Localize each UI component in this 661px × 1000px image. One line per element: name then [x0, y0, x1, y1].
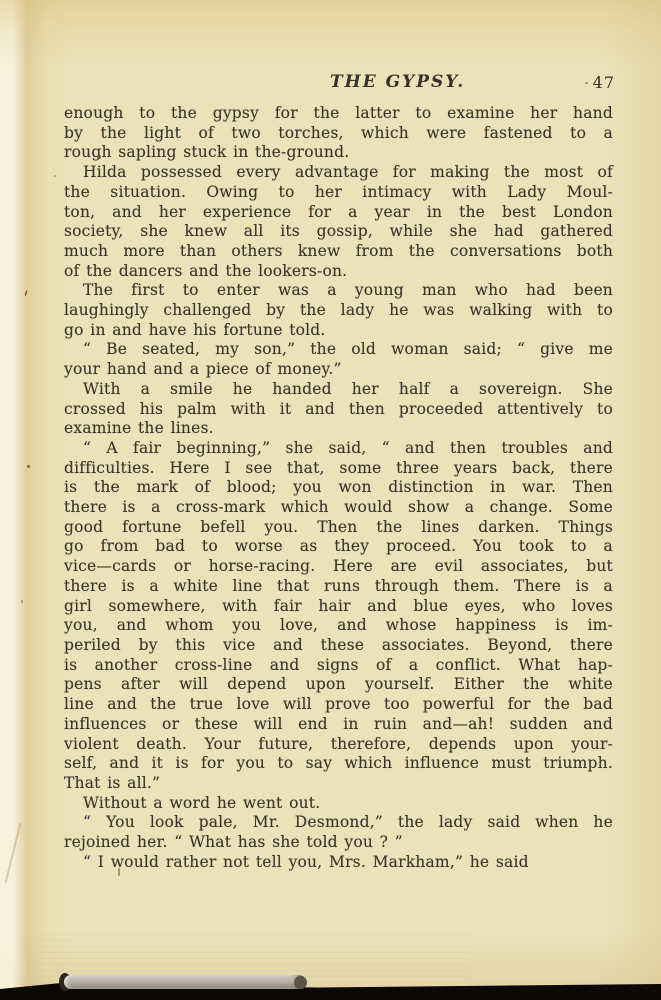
text-line: crossed his palm with it and then procee…: [64, 400, 613, 420]
book-page: THE GYPSY. 47 enough to the gypsy for th…: [0, 0, 661, 1000]
text-line: your hand and a piece of money.”: [64, 360, 613, 380]
text-line: go in and have his fortune told.: [64, 321, 613, 341]
text-line: vice—cards or horse-racing. Here are evi…: [64, 557, 613, 577]
paper-speck: [54, 175, 56, 177]
paper-speck: [24, 290, 28, 296]
paper-speck: [21, 600, 23, 603]
paper-speck: [97, 155, 101, 159]
running-head: THE GYPSY. 47: [0, 72, 661, 94]
text-line: much more than others knew from the conv…: [64, 242, 613, 262]
page-edge-tip: [294, 976, 307, 989]
page-number: 47: [593, 73, 615, 92]
text-line: self, and it is for you to say which inf…: [64, 754, 613, 774]
text-line: “ A fair beginning,” she said, “ and the…: [64, 439, 613, 459]
text-line: is another cross-line and signs of a con…: [64, 656, 613, 676]
text-line: difficulties. Here I see that, some thre…: [64, 459, 613, 479]
text-line: The first to enter was a young man who h…: [64, 281, 613, 301]
paper-speck: [27, 465, 30, 468]
page-title: THE GYPSY.: [330, 72, 465, 92]
text-line: go from bad to worse as they proceed. Yo…: [64, 537, 613, 557]
text-line: “ You look pale, Mr. Desmond,” the lady …: [64, 813, 613, 833]
paper-speck: [118, 868, 120, 876]
text-line: rejoined her. “ What has she told you ? …: [64, 833, 613, 853]
text-line: Without a word he went out.: [64, 794, 613, 814]
page-crease: [5, 823, 22, 884]
text-line: pens after will depend upon yourself. Ei…: [64, 675, 613, 695]
text-line: of the dancers and the lookers-on.: [64, 262, 613, 282]
text-line: there is a cross-mark which would show a…: [64, 498, 613, 518]
page-stack-texture: [40, 934, 470, 978]
text-line: periled by this vice and these associate…: [64, 636, 613, 656]
text-line: That is all.”: [64, 774, 613, 794]
text-line: violent death. Your future, therefore, d…: [64, 735, 613, 755]
text-line: line and the true love will prove too po…: [64, 695, 613, 715]
text-line: rough sapling stuck in the-ground.: [64, 143, 613, 163]
text-line: by the light of two torches, which were …: [64, 124, 613, 144]
text-line: ton, and her experience for a year in th…: [64, 203, 613, 223]
paper-speck: [585, 82, 588, 84]
text-line: the situation. Owing to her intimacy wit…: [64, 183, 613, 203]
text-line: girl somewhere, with fair hair and blue …: [64, 597, 613, 617]
text-line: examine the lines.: [64, 419, 613, 439]
text-line: is the mark of blood; you won distinctio…: [64, 478, 613, 498]
text-line: “ I would rather not tell you, Mrs. Mark…: [64, 853, 613, 873]
page-edge-strip: [64, 975, 306, 989]
text-line: enough to the gypsy for the latter to ex…: [64, 104, 613, 124]
text-line: you, and whom you love, and whose happin…: [64, 616, 613, 636]
text-line: influences or these will end in ruin and…: [64, 715, 613, 735]
text-line: With a smile he handed her half a sovere…: [64, 380, 613, 400]
text-line: society, she knew all its gossip, while …: [64, 222, 613, 242]
text-block: enough to the gypsy for the latter to ex…: [64, 104, 613, 872]
text-line: Hilda possessed every advantage for maki…: [64, 163, 613, 183]
text-line: good fortune befell you. Then the lines …: [64, 518, 613, 538]
text-line: “ Be seated, my son,” the old woman said…: [64, 340, 613, 360]
text-line: laughingly challenged by the lady he was…: [64, 301, 613, 321]
text-line: there is a white line that runs through …: [64, 577, 613, 597]
